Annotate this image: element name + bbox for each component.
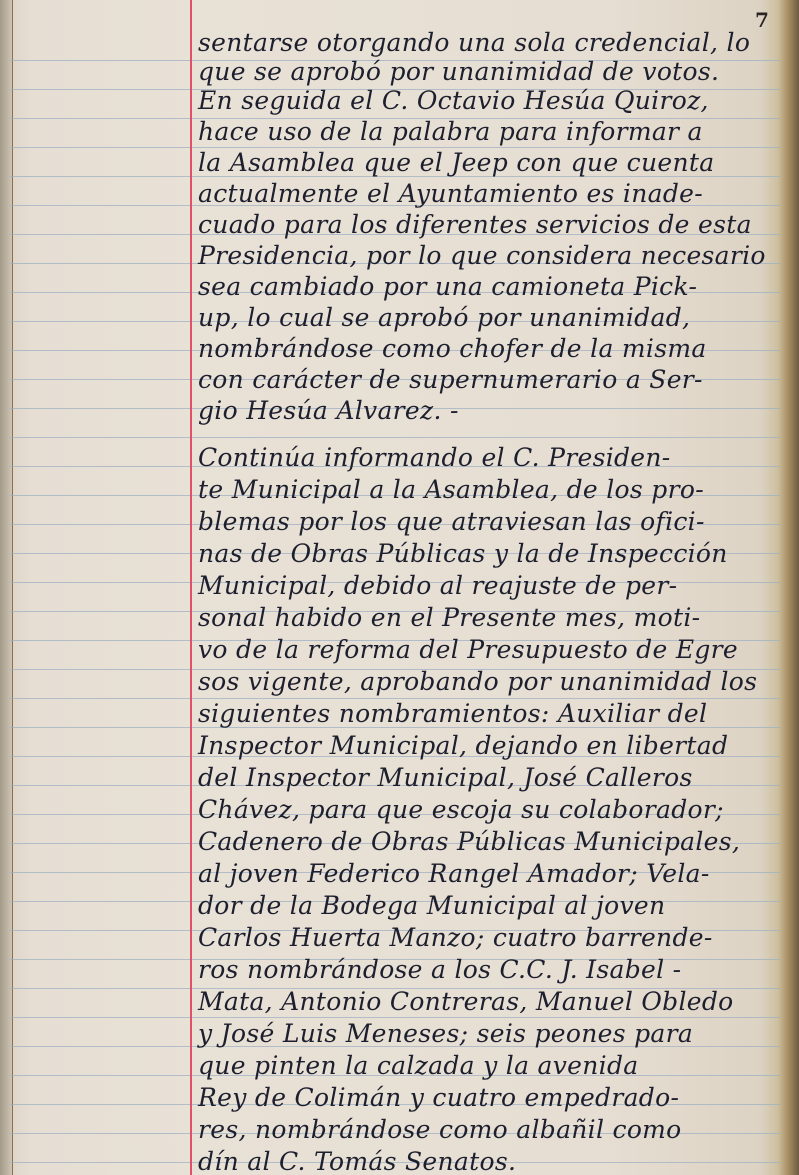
text-line: Mata, Antonio Contreras, Manuel Obledo: [198, 987, 734, 1019]
text-line: cuado para los diferentes servicios de e…: [198, 210, 752, 242]
text-line: Inspector Municipal, dejando en libertad: [198, 731, 728, 763]
text-line: al joven Federico Rangel Amador; Vela-: [198, 859, 710, 891]
text-line: ros nombrándose a los C.C. J. Isabel -: [198, 955, 681, 987]
text-line: Rey de Colimán y cuatro empedrado-: [198, 1083, 679, 1115]
text-line: Chávez, para que escoja su colaborador;: [198, 795, 724, 827]
text-line: Cadenero de Obras Públicas Municipales,: [198, 827, 740, 859]
text-line: sea cambiado por una camioneta Pick-: [198, 272, 697, 304]
text-line: Carlos Huerta Manzo; cuatro barrende-: [198, 923, 713, 955]
text-line: dor de la Bodega Municipal al joven: [198, 891, 665, 923]
text-line: siguientes nombramientos: Auxiliar del: [198, 699, 707, 731]
text-line: con carácter de supernumerario a Ser-: [198, 365, 703, 397]
text-line: En seguida el C. Octavio Hesúa Quiroz,: [198, 86, 709, 118]
text-line: la Asamblea que el Jeep con que cuenta: [198, 148, 714, 180]
text-line: del Inspector Municipal, José Calleros: [198, 763, 693, 795]
text-line: hace uso de la palabra para informar a: [198, 117, 703, 149]
text-line: sonal habido en el Presente mes, moti-: [198, 603, 700, 635]
text-line: sos vigente, aprobando por unanimidad lo…: [198, 667, 757, 699]
red-margin-line: [190, 0, 192, 1175]
text-line: up, lo cual se aprobó por unanimidad,: [198, 303, 690, 335]
text-line: dín al C. Tomás Senatos.: [198, 1147, 516, 1175]
text-line: actualmente el Ayuntamiento es inade-: [198, 179, 703, 211]
ledger-page: 7 sentarse otorgando una sola credencial…: [0, 0, 799, 1175]
text-line: Continúa informando el C. Presiden-: [198, 443, 671, 475]
text-line: te Municipal a la Asamblea, de los pro-: [198, 475, 704, 507]
text-line: nombrándose como chofer de la misma: [198, 334, 707, 366]
text-line: que se aprobó por unanimidad de votos.: [198, 57, 719, 89]
text-line: blemas por los que atraviesan las ofici-: [198, 507, 705, 539]
text-line: vo de la reforma del Presupuesto de Egre: [198, 635, 738, 667]
text-line: que pinten la calzada y la avenida: [198, 1051, 638, 1083]
text-line: sentarse otorgando una sola credencial, …: [198, 28, 750, 60]
text-line: Presidencia, por lo que considera necesa…: [198, 241, 766, 273]
text-line: Municipal, debido al reajuste de per-: [198, 571, 677, 603]
text-line: nas de Obras Públicas y la de Inspección: [198, 539, 728, 571]
text-line: res, nombrándose como albañil como: [198, 1115, 682, 1147]
text-line: y José Luis Meneses; seis peones para: [198, 1019, 693, 1051]
text-line: gio Hesúa Alvarez. -: [198, 396, 459, 428]
page-number: 7: [755, 8, 769, 32]
